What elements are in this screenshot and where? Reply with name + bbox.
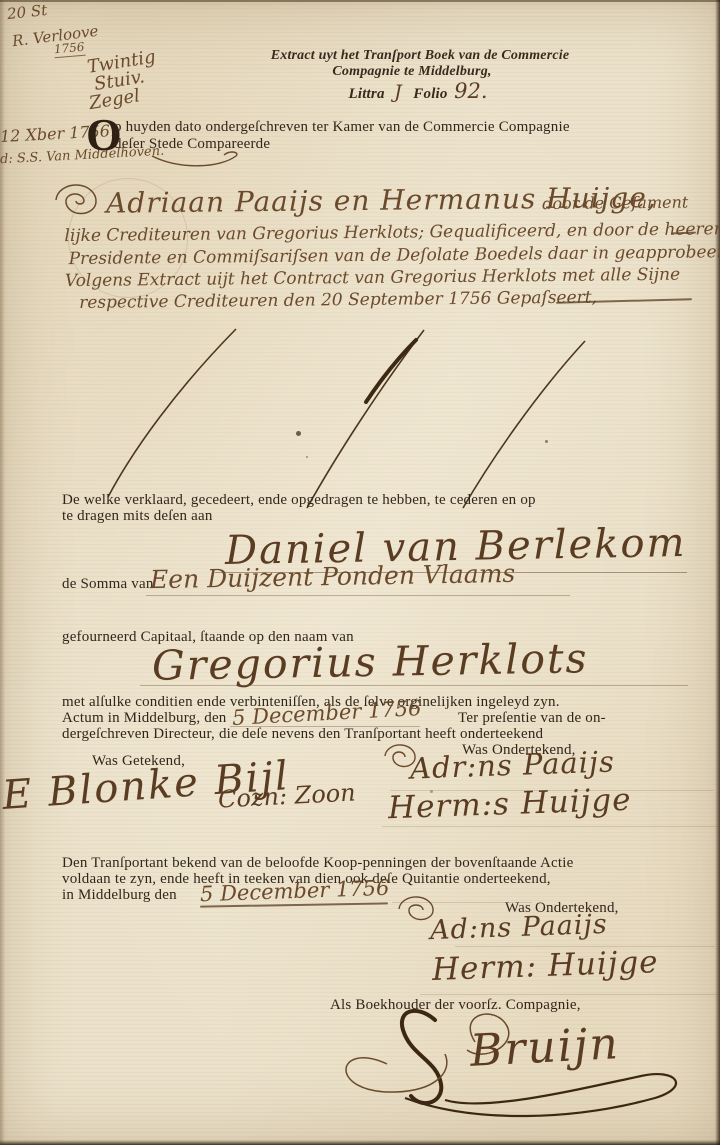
transportant-signature: Herm: Huijge <box>431 944 659 988</box>
writing-guideline <box>382 826 718 827</box>
account-holder-name: Gregorius Herklots <box>152 634 589 690</box>
writing-guideline <box>390 790 714 791</box>
sum-label: de Somma van <box>62 576 154 593</box>
cancellation-stroke <box>463 341 585 508</box>
presence-line: Ter preſentie van de on- <box>458 710 606 727</box>
cancellation-stroke <box>108 329 236 497</box>
transportant-signature: Adr:ns Paaijs <box>409 744 615 785</box>
presence-line: dergeſchreven Directeur, die deſe nevens… <box>62 726 543 743</box>
quittance-line: in Middelburg den <box>62 887 177 904</box>
scanned-document-page: 20 St R. Verloove 1756 Twintig Stuiv. Ze… <box>0 0 720 1145</box>
underline-rule <box>140 685 688 686</box>
transportant-signature: Herm:s Huijge <box>387 782 632 826</box>
sum-value: Een Duijzent Ponden Vlaams <box>150 559 516 594</box>
transportant-signature: Ad:ns Paaijs <box>430 909 609 946</box>
writing-guideline <box>455 946 715 947</box>
actum-label: Actum in Middelburg, den <box>62 710 227 727</box>
cession-line: te dragen mits deſen aan <box>62 508 213 525</box>
cancellation-stroke <box>366 340 416 402</box>
cancellation-strokes <box>0 0 720 560</box>
quittance-line: Den Tranſportant bekend van de beloofde … <box>62 855 574 872</box>
cancellation-stroke <box>307 330 424 508</box>
cession-line: De welke verklaard, gecedeert, ende opge… <box>62 492 536 509</box>
bookkeeper-signature: Bruijn <box>469 1018 621 1077</box>
underline-rule <box>146 595 570 596</box>
director-signature-suffix: Cozn: Zoon <box>217 778 356 813</box>
writing-guideline <box>420 994 720 995</box>
paper-edge-bottom <box>0 1140 720 1145</box>
